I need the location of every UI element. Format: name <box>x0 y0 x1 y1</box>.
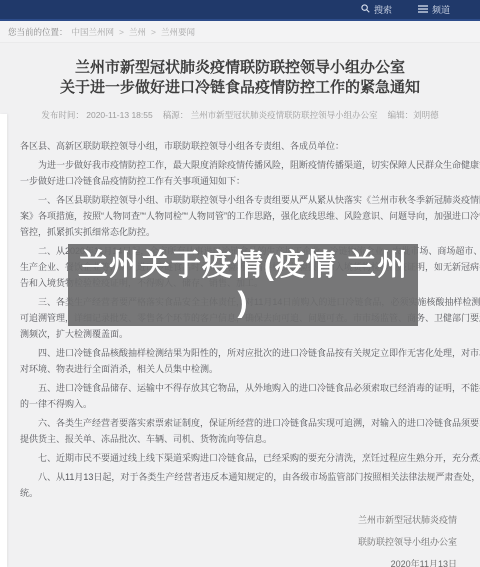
breadcrumb-link[interactable]: 兰州 <box>129 26 146 38</box>
watermark-line2: ) <box>68 284 418 321</box>
search-icon <box>361 4 370 15</box>
watermark-line1: 兰州关于疫情(疫情 兰州 <box>68 247 418 284</box>
article-paragraph: 五、进口冷链食品储存、运输中不得存放其它物品，从外地购入的进口冷链食品必须索取已… <box>20 380 480 412</box>
breadcrumb-item: 中国兰州网 > <box>72 26 125 38</box>
breadcrumb: 您当前的位置： 中国兰州网 > 兰州 > 兰州要闻 <box>0 21 480 43</box>
article-paragraph: 七、近期市民不要通过线上线下渠道采购进口冷链食品，已经采购的要充分清洗，烹饪过程… <box>20 450 480 466</box>
article-meta-segment: 稿源： 兰州市新型冠状肺炎疫情联防联控领导小组办公室 <box>163 110 378 120</box>
article-paragraph: 为进一步做好我市疫情防控工作，最大限度消除疫情传播风险，阻断疫情传播渠道，切实保… <box>20 157 480 189</box>
signature-line: 2020年11月13日 <box>0 560 457 567</box>
article-paragraph: 一、各区县联防联控领导小组、市联防联控领导小组各专责组要从严从紧从快落实《兰州市… <box>20 192 480 240</box>
article-signature: 兰州市新型冠状肺炎疫情联防联控领导小组办公室2020年11月13日 <box>0 516 480 567</box>
breadcrumb-separator: > <box>151 27 156 37</box>
article-meta-segment: 发布时间： 2020-11-13 18:55 <box>41 110 152 120</box>
signature-line: 兰州市新型冠状肺炎疫情 <box>0 516 457 525</box>
article-paragraph: 六、各类生产经营者要落实索票索证制度，保证所经营的进口冷链食品实现可追溯，对输入… <box>20 415 480 447</box>
page: 搜索 频道 您当前的位置： 中国兰州网 > 兰州 > 兰州要闻 兰州市新型冠状肺… <box>0 0 480 567</box>
article-paragraph: 四、进口冷链食品核酸抽样检测结果为阳性的，所对应批次的进口冷链食品按有关规定立即… <box>20 345 480 377</box>
article-title-line2: 关于进一步做好进口冷链食品疫情防控工作的紧急通知 <box>0 78 480 98</box>
breadcrumb-label: 您当前的位置： <box>8 26 68 38</box>
article-title-line1: 兰州市新型冠状肺炎疫情联防联控领导小组办公室 <box>0 58 480 78</box>
channel-label: 频道 <box>432 3 450 16</box>
search-button[interactable]: 搜索 <box>361 3 392 16</box>
search-label: 搜索 <box>374 3 392 16</box>
menu-icon <box>418 5 428 15</box>
breadcrumb-item: 兰州要闻 <box>161 26 201 38</box>
article-meta: 发布时间： 2020-11-13 18:55稿源： 兰州市新型冠状肺炎疫情联防联… <box>0 109 480 121</box>
breadcrumb-items: 中国兰州网 > 兰州 > 兰州要闻 <box>72 26 201 38</box>
breadcrumb-link[interactable]: 兰州要闻 <box>161 26 195 38</box>
watermark-overlay: 兰州关于疫情(疫情 兰州 ) <box>68 244 418 326</box>
article-paragraph: 八、从11月13日起，对于各类生产经营者违反本通知规定的，由各级市场监管部门按照… <box>20 469 480 501</box>
article-paragraphs: 为进一步做好我市疫情防控工作，最大限度消除疫情传播风险，阻断疫情传播渠道，切实保… <box>20 157 480 501</box>
breadcrumb-link[interactable]: 中国兰州网 <box>72 26 115 38</box>
top-navigation-bar: 搜索 频道 <box>0 0 480 21</box>
breadcrumb-separator: > <box>119 27 124 37</box>
page-edge-strip <box>0 114 7 567</box>
article-salutation: 各区县、高新区联防联控领导小组，市联防联控领导小组各专责组、各成员单位： <box>20 138 480 154</box>
channel-menu-button[interactable]: 频道 <box>418 3 450 16</box>
signature-line: 联防联控领导小组办公室 <box>0 538 457 547</box>
breadcrumb-item: 兰州 > <box>129 26 157 38</box>
article-title: 兰州市新型冠状肺炎疫情联防联控领导小组办公室 关于进一步做好进口冷链食品疫情防控… <box>0 58 480 98</box>
article-meta-segment: 编辑：刘明德 <box>388 110 439 120</box>
